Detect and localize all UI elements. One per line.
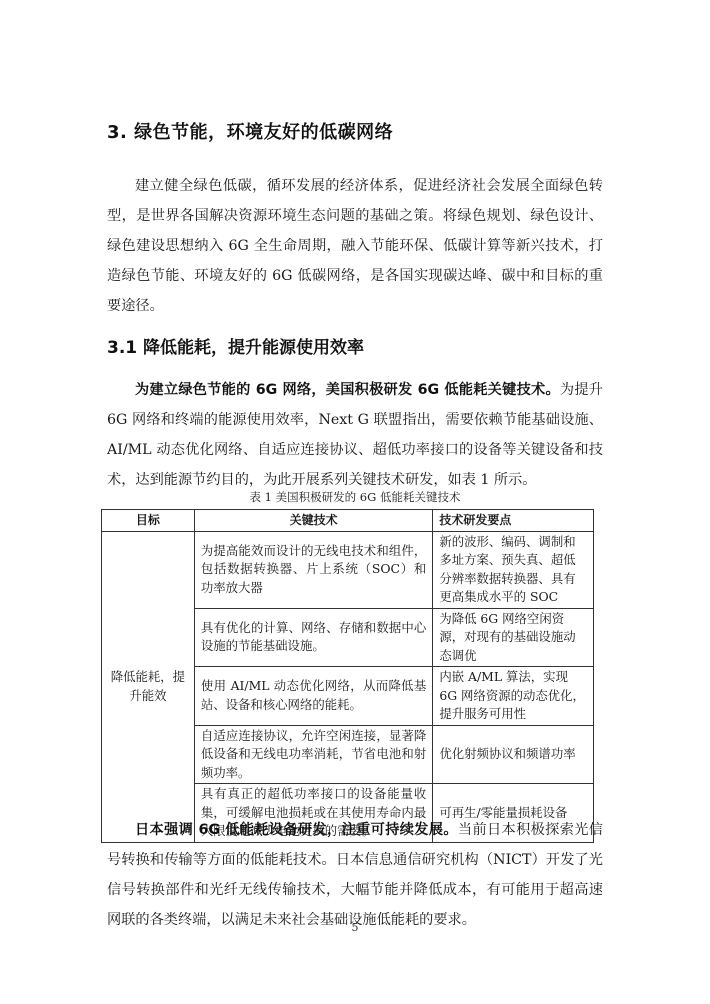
tech-cell: 为提高能效而设计的无线电技术和组件，包括数据转换器、片上系统（SOC）和功率放大…	[194, 531, 432, 608]
intro-paragraph: 建立健全绿色低碳，循环发展的经济体系，促进经济社会发展全面绿色转型，是世界各国解…	[107, 171, 603, 321]
us-paragraph: 为建立绿色节能的 6G 网络，美国积极研发 6G 低能耗关键技术。为提升 6G …	[107, 375, 603, 495]
key-tech-table: 目标 关键技术 技术研发要点 降低能耗，提升能效 为提高能效而设计的无线电技术和…	[101, 509, 594, 843]
us-paragraph-lead: 为建立绿色节能的 6G 网络，美国积极研发 6G 低能耗关键技术。	[135, 382, 560, 398]
header-goal: 目标	[102, 510, 195, 532]
header-key-tech: 关键技术	[194, 510, 432, 532]
table-caption: 表 1 美国积极研发的 6G 低能耗关键技术	[0, 489, 710, 505]
tech-cell: 具有优化的计算、网络、存储和数据中心设施的节能基础设施。	[194, 608, 432, 667]
goal-cell: 降低能耗，提升能效	[102, 531, 195, 842]
section-heading: 3. 绿色节能，环境友好的低碳网络	[107, 118, 393, 144]
table-header-row: 目标 关键技术 技术研发要点	[102, 510, 594, 532]
point-cell: 内嵌 A/ML 算法，实现 6G 网络资源的动态优化，提升服务可用性	[433, 667, 594, 726]
table-row: 降低能耗，提升能效 为提高能效而设计的无线电技术和组件，包括数据转换器、片上系统…	[102, 531, 594, 608]
point-cell: 为降低 6G 网络空闲资源，对现有的基础设施动态调优	[433, 608, 594, 667]
japan-paragraph-lead: 日本强调 6G 低能耗设备研发，注重可持续发展。	[135, 822, 458, 838]
point-cell: 新的波形、编码、调制和多址方案、预失真、超低分辨率数据转换器、具有更高集成水平的…	[433, 531, 594, 608]
subsection-heading: 3.1 降低能耗，提升能源使用效率	[107, 333, 364, 358]
japan-paragraph: 日本强调 6G 低能耗设备研发，注重可持续发展。当前日本积极探索光信号转换和传输…	[107, 815, 603, 935]
tech-cell: 使用 AI/ML 动态优化网络，从而降低基站、设备和核心网络的能耗。	[194, 667, 432, 726]
point-cell: 优化射频协议和频谱功率	[433, 725, 594, 784]
document-page: 3. 绿色节能，环境友好的低碳网络 建立健全绿色低碳，循环发展的经济体系，促进经…	[0, 0, 710, 1004]
header-rd-points: 技术研发要点	[433, 510, 594, 532]
page-number: 5	[0, 921, 710, 934]
tech-cell: 自适应连接协议，允许空闲连接，显著降低设备和无线电功率消耗，节省电池和射频功率。	[194, 725, 432, 784]
